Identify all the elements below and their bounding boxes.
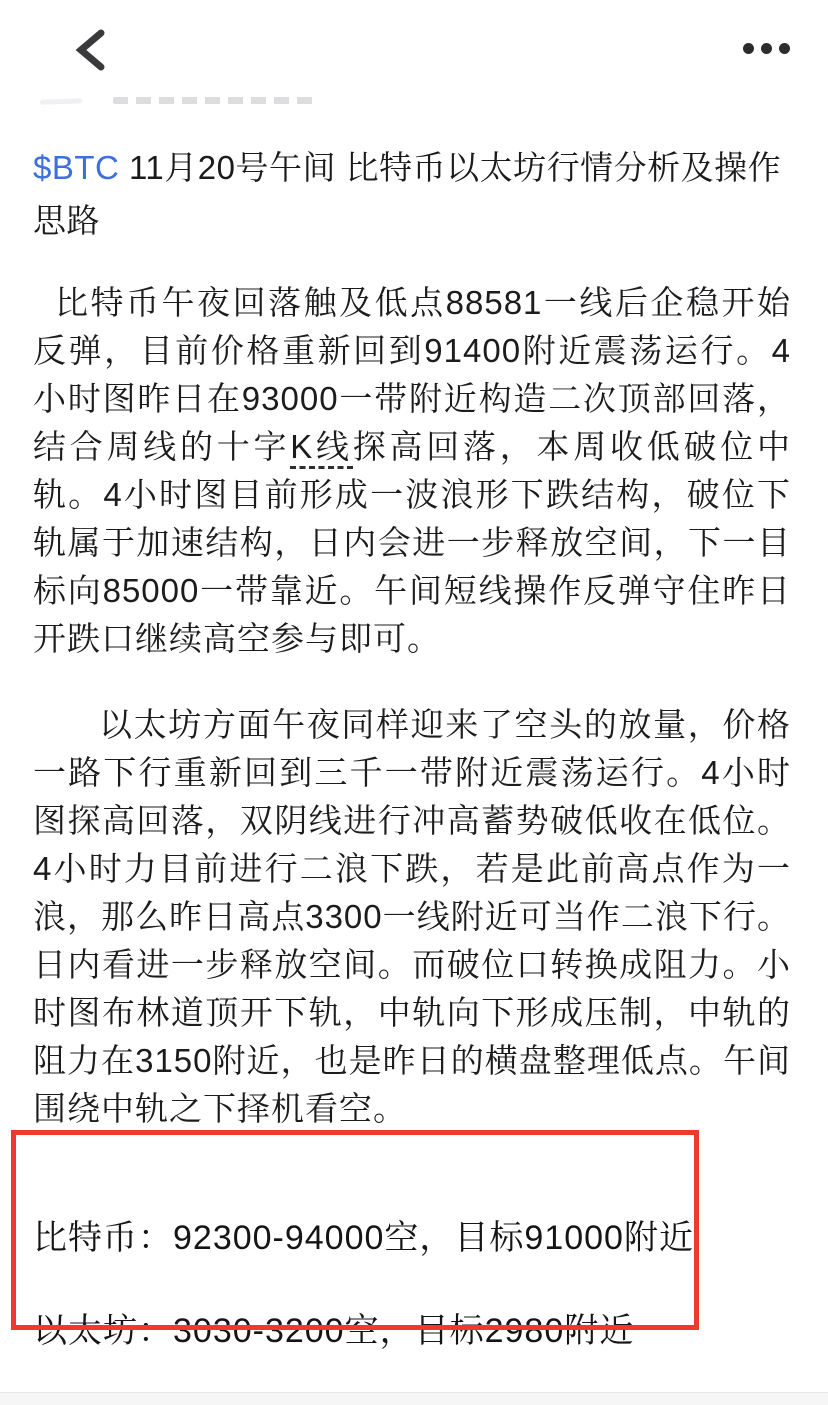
analysis-paragraph-eth: 以太坊方面午夜同样迎来了空头的放量，价格一路下行重新回到三千一带附近震荡运行。4… <box>33 701 791 1133</box>
chevron-left-icon <box>73 28 107 72</box>
redacted-text-remnant <box>113 97 318 104</box>
footer-strip <box>0 1392 828 1405</box>
ticker-link[interactable]: $BTC <box>33 149 119 186</box>
redacted-text-remnant-small <box>40 98 82 104</box>
more-options-button[interactable] <box>724 24 808 72</box>
analysis-paragraph-btc: 比特币午夜回落触及低点88581一线后企稳开始反弹，目前价格重新回到91400附… <box>33 279 791 663</box>
k-line-underlined-term: K线 <box>290 428 353 469</box>
trade-plan-eth: 以太坊：3030-3200空，目标2980附近 <box>33 1309 803 1353</box>
article-screen: { "header": { "back_icon": "chevron-left… <box>0 0 828 1405</box>
title-text: 11月20号午间 比特币以太坊行情分析及操作思路 <box>33 149 781 239</box>
more-options-ellipsis-icon <box>743 43 790 54</box>
page-title: $BTC 11月20号午间 比特币以太坊行情分析及操作思路 <box>33 141 808 247</box>
back-button[interactable] <box>58 18 122 82</box>
trade-plan-btc: 比特币：92300-94000空，目标91000附近 <box>33 1216 803 1260</box>
